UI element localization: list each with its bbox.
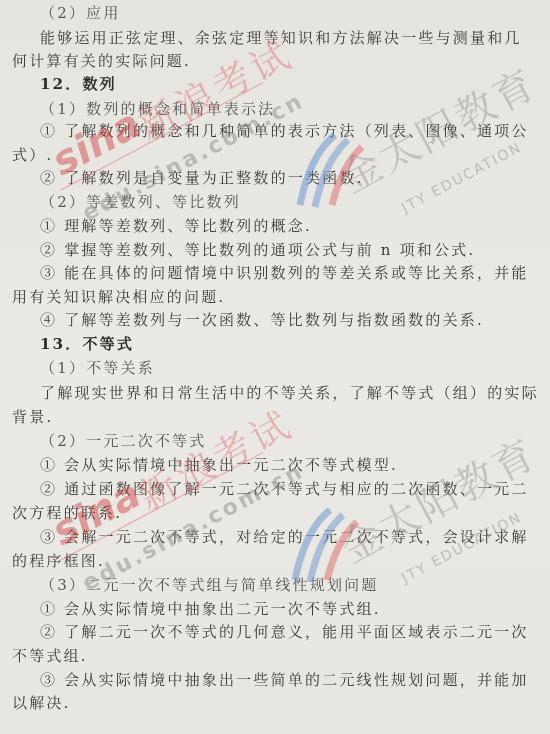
text-line: 背景. [12, 407, 53, 427]
text-line: 不等式组. [12, 646, 88, 666]
text-line: ② 了解二元一次不等式的几何意义，能用平面区域表示二元一次 [40, 622, 529, 642]
text-line: 能够运用正弦定理、余弦定理等知识和方法解决一些与测量和几 [40, 28, 522, 48]
jty-en-watermark: JTY EDUCATION [399, 139, 525, 216]
text-line: 用有关知识解决相应的问题. [12, 287, 225, 307]
scanned-page: （2）应用能够运用正弦定理、余弦定理等知识和方法解决一些与测量和几何计算有关的实… [0, 0, 550, 734]
text-line: 式）. [12, 145, 53, 165]
text-line: ② 通过函数图像了解一元二次不等式与相应的二次函数、一元二 [40, 479, 529, 499]
text-line: ② 了解数列是自变量为正整数的一类函数. [40, 168, 364, 188]
text-line: ② 掌握等差数列、等比数列的通项公式与前 n 项和公式. [40, 240, 475, 260]
text-line: ① 会从实际情境中抽象出一元二次不等式模型. [40, 455, 398, 475]
subsection-heading: （2）等差数列、等比数列 [40, 192, 241, 212]
text-line: 的程序框图. [12, 551, 105, 571]
subsection-heading: （2）应用 [40, 3, 121, 23]
text-line: 了解现实世界和日常生活中的不等关系，了解不等式（组）的实际 [40, 383, 539, 403]
text-line: ③ 会从实际情境中抽象出一些简单的二元线性规划问题，并能加 [40, 670, 529, 690]
text-line: 次方程的联系. [12, 503, 122, 523]
text-line: ① 了解数列的概念和几种简单的表示方法（列表、图像、通项公 [40, 121, 529, 141]
text-line: ③ 会解一元二次不等式，对给定的一元二次不等式，会设计求解 [40, 527, 529, 547]
text-line: ③ 能在具体的问题情境中识别数列的等差关系或等比关系，并能 [40, 263, 529, 283]
text-line: 何计算有关的实际问题. [12, 51, 191, 71]
subsection-heading: （1）不等关系 [40, 358, 155, 378]
subsection-heading: （1）数列的概念和简单表示法 [40, 99, 275, 119]
section-heading: 12．数列 [40, 74, 117, 94]
subsection-heading: （3）二元一次不等式组与简单线性规划问题 [40, 575, 379, 595]
subsection-heading: （2）一元二次不等式 [40, 431, 207, 451]
text-line: ① 理解等差数列、等比数列的概念. [40, 216, 312, 236]
text-line: 以解决. [12, 693, 71, 713]
text-line: ④ 了解等差数列与一次函数、等比数列与指数函数的关系. [40, 310, 484, 330]
section-heading: 13．不等式 [40, 334, 134, 354]
jty-en-watermark-2: JTY EDUCATION [399, 509, 525, 586]
text-line: ① 会从实际情境中抽象出二元一次不等式组. [40, 599, 381, 619]
